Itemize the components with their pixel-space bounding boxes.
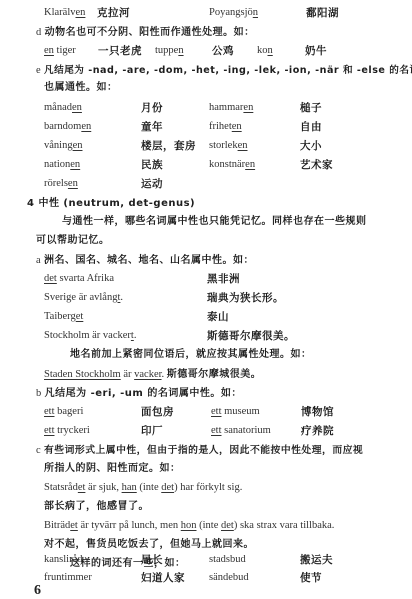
note-example: Staden Stockholm är vacker. 斯德哥尔摩城很美。 (44, 367, 261, 382)
word: hammaren (209, 101, 253, 115)
translation: 黑非洲 (207, 272, 240, 286)
word: rörelsen (44, 177, 78, 191)
translation: 民族 (141, 158, 163, 172)
translation: 奶牛 (305, 44, 327, 58)
example-sentence: Statsrådet är sjuk, han (inte det) har f… (44, 481, 242, 495)
example: Stockholm är vackert. (44, 329, 136, 343)
example-en-tiger: en tiger (44, 44, 76, 58)
word: storleken (209, 139, 248, 153)
example: ett bageri (44, 405, 83, 419)
translation: 妇道人家 (141, 571, 185, 585)
example: det svarta Afrika (44, 272, 114, 286)
word: stadsbud (209, 553, 246, 567)
translation: 对不起，售货员吃饭去了，但她马上就回来。 (44, 538, 254, 552)
translation: 部长病了，他感冒了。 (44, 500, 149, 514)
word: fruntimmer (44, 571, 92, 585)
note: 这样的词还有一些，如： (70, 557, 186, 571)
translation: 泰山 (207, 310, 229, 324)
section-intro-cont: 可以帮助记忆。 (36, 234, 110, 248)
example: Taiberget (44, 310, 83, 324)
rule-e-cont: 也属通性。如： (44, 81, 118, 95)
translation: 印厂 (141, 424, 163, 438)
book-page: Klarälven 克拉河 Poyangsjön 鄱阳湖 d 动物名也可不分阴、… (0, 0, 412, 599)
translation: 斯德哥尔摩很美。 (207, 329, 295, 343)
word: friheten (209, 120, 242, 134)
word: nationen (44, 158, 80, 172)
section-heading: 4 中性 (neutrum, det-genus) (27, 196, 195, 211)
rule-d: d 动物名也可不分阴、阳性而作通性处理。如： (36, 25, 255, 40)
example: ett sanatorium (211, 424, 271, 438)
example: ett museum (211, 405, 260, 419)
note: 地名前加上紧密同位语后，就应按其属性处理。如： (70, 348, 312, 362)
rule-e: e 凡结尾为 -nad, -are, -dom, -het, -ing, -le… (36, 63, 412, 78)
translation: 博物馆 (301, 405, 334, 419)
translation: 艺术家 (300, 158, 333, 172)
rule-c-cont: 所指人的阴、阳性而定。如： (44, 462, 181, 476)
translation: 局长 (141, 553, 163, 567)
word: barndomen (44, 120, 91, 134)
page-number: 6 (34, 583, 41, 599)
translation: 搬运夫 (300, 553, 333, 567)
translation: 克拉河 (97, 6, 130, 20)
translation: 公鸡 (212, 44, 234, 58)
translation: 楼层，套房 (141, 139, 196, 153)
translation: 面包房 (141, 405, 174, 419)
translation: 运动 (141, 177, 163, 191)
section-intro: 与通性一样，哪些名词属中性也只能凭记忆。同样也存在一些规则 (62, 215, 367, 229)
example-tuppen: tuppen (155, 44, 184, 58)
translation: 使节 (300, 571, 322, 585)
rule-b: b 凡结尾为 -eri, -um 的名词属中性。如： (36, 386, 242, 401)
word-poyangsjon: Poyangsjön (209, 6, 258, 20)
translation: 大小 (300, 139, 322, 153)
translation: 鄱阳湖 (306, 6, 339, 20)
word: månaden (44, 101, 82, 115)
word: kansliråd (44, 553, 83, 567)
translation: 瑞典为狭长形。 (207, 291, 284, 305)
translation: 自由 (300, 120, 322, 134)
example-kon: kon (257, 44, 273, 58)
word: sändebud (209, 571, 249, 585)
example-sentence: Biträdet är tyvärr på lunch, men hon (in… (44, 519, 334, 533)
translation: 槌子 (300, 101, 322, 115)
example: Sverige är avlångt. (44, 291, 123, 305)
translation: 童年 (141, 120, 163, 134)
rule-c: c 有些词形式上属中性，但由于指的是人，因此不能按中性处理，而应视 (36, 443, 363, 458)
translation: 一只老虎 (98, 44, 142, 58)
word-klaralven: Klarälven (44, 6, 85, 20)
translation: 疗养院 (301, 424, 334, 438)
word: våningen (44, 139, 83, 153)
word: konstnären (209, 158, 255, 172)
rule-a: a 洲名、国名、城名、地名、山名属中性。如： (36, 253, 254, 268)
translation: 月份 (141, 101, 163, 115)
example: ett tryckeri (44, 424, 90, 438)
